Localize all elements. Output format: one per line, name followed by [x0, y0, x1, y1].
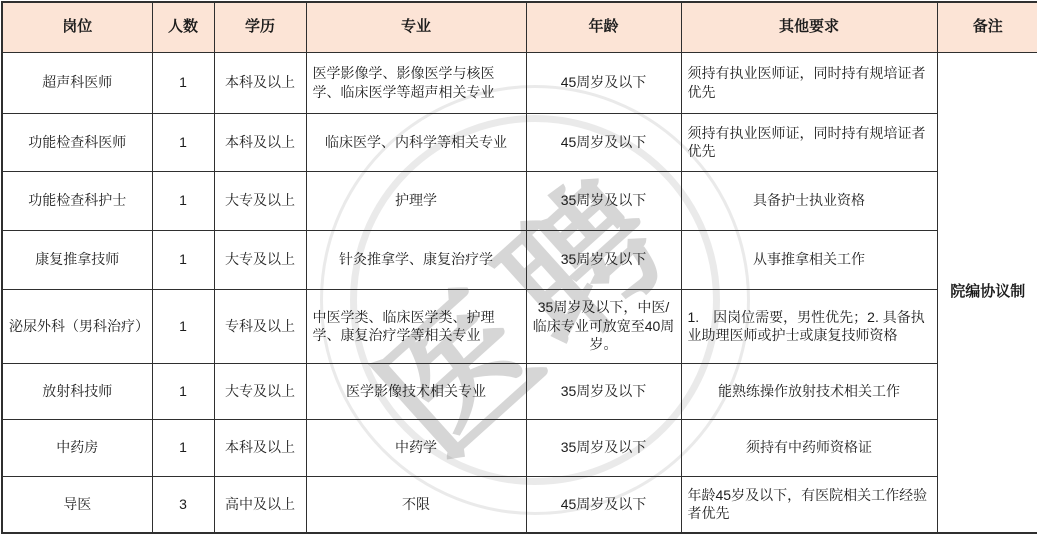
- header-cell-education: 学历: [214, 2, 306, 52]
- table-row: 放射科技师1大专及以上医学影像技术相关专业35周岁及以下能熟练操作放射技术相关工…: [2, 363, 1037, 419]
- cell-headcount: 1: [152, 289, 214, 363]
- cell-text: 大专及以上: [225, 250, 295, 268]
- cell-text: 功能检查科护士: [28, 191, 126, 209]
- cell-other: 具备护士执业资格: [681, 171, 937, 230]
- cell-text: 医学影像学、影像医学与核医学、临床医学等超声相关专业: [313, 64, 520, 101]
- cell-major: 医学影像学、影像医学与核医学、临床医学等超声相关专业: [306, 52, 526, 113]
- cell-text: 须持有中药师资格证: [746, 438, 872, 456]
- cell-education: 本科及以上: [214, 419, 306, 476]
- cell-text: 1: [179, 317, 187, 335]
- cell-text: 不限: [402, 495, 430, 513]
- cell-education: 大专及以上: [214, 363, 306, 419]
- cell-headcount: 1: [152, 171, 214, 230]
- cell-text: 高中及以上: [225, 495, 295, 513]
- table-row: 泌尿外科（男科治疗）1专科及以上中医学类、临床医学类、护理学、康复治疗学等相关专…: [2, 289, 1037, 363]
- cell-text: 1: [179, 382, 187, 400]
- table-row: 超声科医师1本科及以上医学影像学、影像医学与核医学、临床医学等超声相关专业45周…: [2, 52, 1037, 113]
- cell-text: 院编协议制: [950, 282, 1025, 302]
- cell-text: 临床医学、内科学等相关专业: [325, 133, 507, 151]
- cell-text: 本科及以上: [225, 133, 295, 151]
- cell-note-merged: 院编协议制: [937, 52, 1037, 533]
- cell-major: 医学影像技术相关专业: [306, 363, 526, 419]
- cell-other: 能熟练操作放射技术相关工作: [681, 363, 937, 419]
- cell-age: 45周岁及以下: [526, 113, 681, 171]
- table-body: 超声科医师1本科及以上医学影像学、影像医学与核医学、临床医学等超声相关专业45周…: [2, 52, 1037, 533]
- cell-other: 须持有执业医师证，同时持有规培证者优先: [681, 113, 937, 171]
- cell-headcount: 1: [152, 52, 214, 113]
- table-row: 功能检查科护士1大专及以上护理学35周岁及以下具备护士执业资格: [2, 171, 1037, 230]
- cell-education: 专科及以上: [214, 289, 306, 363]
- cell-major: 中医学类、临床医学类、护理学、康复治疗学等相关专业: [306, 289, 526, 363]
- header-cell-note: 备注: [937, 2, 1037, 52]
- cell-other: 须持有中药师资格证: [681, 419, 937, 476]
- cell-text: 1: [179, 250, 187, 268]
- cell-text: 1. 因岗位需要，男性优先；2. 具备执业助理医师或护士或康复技师资格: [688, 308, 931, 345]
- cell-text: 中医学类、临床医学类、护理学、康复治疗学等相关专业: [313, 308, 520, 345]
- cell-position: 泌尿外科（男科治疗）: [2, 289, 152, 363]
- cell-text: 35周岁及以下: [561, 382, 647, 400]
- cell-text: 医学影像技术相关专业: [346, 382, 486, 400]
- cell-text: 能熟练操作放射技术相关工作: [718, 382, 900, 400]
- cell-text: 45周岁及以下: [561, 133, 647, 151]
- header-cell-major: 专业: [306, 2, 526, 52]
- cell-text: 放射科技师: [42, 382, 112, 400]
- cell-major: 不限: [306, 476, 526, 533]
- header-cell-position: 岗位: [2, 2, 152, 52]
- cell-text: 1: [179, 133, 187, 151]
- recruitment-table: 岗位人数学历专业年龄其他要求备注 超声科医师1本科及以上医学影像学、影像医学与核…: [1, 1, 1037, 534]
- cell-age: 45周岁及以下: [526, 52, 681, 113]
- cell-age: 35周岁及以下: [526, 363, 681, 419]
- cell-text: 针灸推拿学、康复治疗学: [339, 250, 493, 268]
- cell-position: 功能检查科护士: [2, 171, 152, 230]
- cell-education: 本科及以上: [214, 113, 306, 171]
- cell-text: 导医: [63, 495, 91, 513]
- cell-major: 中药学: [306, 419, 526, 476]
- cell-text: 1: [179, 438, 187, 456]
- cell-text: 35周岁及以下: [561, 250, 647, 268]
- cell-text: 35周岁及以下: [561, 191, 647, 209]
- cell-text: 1: [179, 191, 187, 209]
- cell-text: 超声科医师: [42, 73, 112, 91]
- cell-headcount: 1: [152, 230, 214, 289]
- cell-other: 1. 因岗位需要，男性优先；2. 具备执业助理医师或护士或康复技师资格: [681, 289, 937, 363]
- cell-position: 功能检查科医师: [2, 113, 152, 171]
- cell-text: 大专及以上: [225, 382, 295, 400]
- cell-other: 年龄45岁及以下，有医院相关工作经验者优先: [681, 476, 937, 533]
- table-row: 导医3高中及以上不限45周岁及以下年龄45岁及以下，有医院相关工作经验者优先: [2, 476, 1037, 533]
- cell-age: 35周岁及以下: [526, 230, 681, 289]
- cell-text: 从事推拿相关工作: [753, 250, 865, 268]
- cell-education: 大专及以上: [214, 171, 306, 230]
- cell-text: 45周岁及以下: [561, 495, 647, 513]
- recruitment-table-wrap: 岗位人数学历专业年龄其他要求备注 超声科医师1本科及以上医学影像学、影像医学与核…: [0, 0, 1037, 548]
- cell-text: 本科及以上: [225, 438, 295, 456]
- cell-major: 临床医学、内科学等相关专业: [306, 113, 526, 171]
- cell-position: 导医: [2, 476, 152, 533]
- cell-text: 大专及以上: [225, 191, 295, 209]
- cell-text: 护理学: [395, 191, 437, 209]
- cell-position: 超声科医师: [2, 52, 152, 113]
- cell-text: 中药房: [56, 438, 98, 456]
- cell-major: 护理学: [306, 171, 526, 230]
- cell-position: 康复推拿技师: [2, 230, 152, 289]
- header-row: 岗位人数学历专业年龄其他要求备注: [2, 2, 1037, 52]
- cell-position: 放射科技师: [2, 363, 152, 419]
- cell-text: 康复推拿技师: [35, 250, 119, 268]
- cell-text: 本科及以上: [225, 73, 295, 91]
- cell-text: 1: [179, 73, 187, 91]
- cell-text: 专科及以上: [225, 317, 295, 335]
- cell-other: 须持有执业医师证，同时持有规培证者优先: [681, 52, 937, 113]
- cell-text: 中药学: [395, 438, 437, 456]
- cell-major: 针灸推拿学、康复治疗学: [306, 230, 526, 289]
- cell-age: 45周岁及以下: [526, 476, 681, 533]
- cell-text: 须持有执业医师证，同时持有规培证者优先: [688, 64, 931, 101]
- cell-text: 具备护士执业资格: [753, 191, 865, 209]
- cell-headcount: 1: [152, 363, 214, 419]
- cell-other: 从事推拿相关工作: [681, 230, 937, 289]
- cell-headcount: 1: [152, 113, 214, 171]
- cell-age: 35周岁及以下，中医/临床专业可放宽至40周岁。: [526, 289, 681, 363]
- cell-text: 年龄45岁及以下，有医院相关工作经验者优先: [688, 486, 931, 523]
- cell-headcount: 3: [152, 476, 214, 533]
- cell-education: 大专及以上: [214, 230, 306, 289]
- cell-text: 35周岁及以下: [561, 438, 647, 456]
- header-cell-other: 其他要求: [681, 2, 937, 52]
- cell-position: 中药房: [2, 419, 152, 476]
- cell-text: 泌尿外科（男科治疗）: [9, 317, 146, 335]
- table-row: 康复推拿技师1大专及以上针灸推拿学、康复治疗学35周岁及以下从事推拿相关工作: [2, 230, 1037, 289]
- header-cell-age: 年龄: [526, 2, 681, 52]
- cell-education: 本科及以上: [214, 52, 306, 113]
- table-row: 功能检查科医师1本科及以上临床医学、内科学等相关专业45周岁及以下须持有执业医师…: [2, 113, 1037, 171]
- cell-text: 3: [179, 495, 187, 513]
- cell-text: 须持有执业医师证，同时持有规培证者优先: [688, 124, 931, 161]
- table-row: 中药房1本科及以上中药学35周岁及以下须持有中药师资格证: [2, 419, 1037, 476]
- cell-education: 高中及以上: [214, 476, 306, 533]
- cell-age: 35周岁及以下: [526, 419, 681, 476]
- cell-text: 45周岁及以下: [561, 73, 647, 91]
- cell-age: 35周岁及以下: [526, 171, 681, 230]
- cell-text: 35周岁及以下，中医/临床专业可放宽至40周岁。: [533, 298, 675, 353]
- cell-text: 功能检查科医师: [28, 133, 126, 151]
- header-cell-headcount: 人数: [152, 2, 214, 52]
- cell-headcount: 1: [152, 419, 214, 476]
